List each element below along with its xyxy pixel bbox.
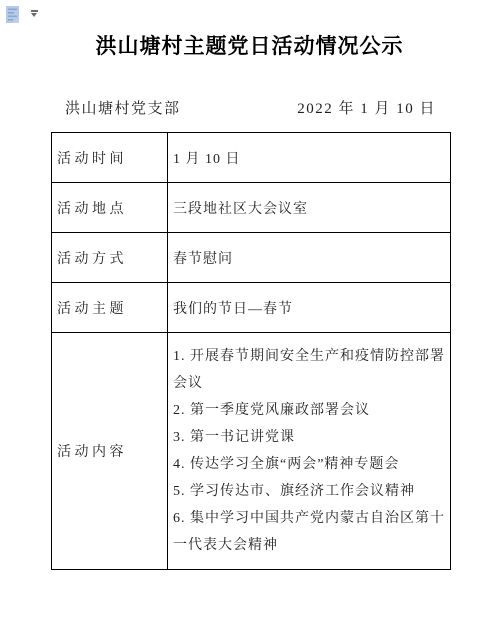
content-list-item: 2. 第一季度党风廉政部署会议 [173, 397, 445, 424]
row-content: 1 月 10 日 [168, 133, 451, 183]
document-page: 洪山塘村主题党日活动情况公示 洪山塘村党支部 2022 年 1 月 10 日 活… [0, 30, 499, 118]
table-row: 活动地点三段地社区大会议室 [52, 183, 451, 233]
row-content: 春节慰问 [168, 233, 451, 283]
row-label: 活动地点 [52, 183, 168, 233]
content-list-item: 4. 传达学习全旗“两会”精神专题会 [173, 451, 445, 478]
content-list-item: 5. 学习传达市、旗经济工作会议精神 [173, 478, 445, 505]
byline: 洪山塘村党支部 2022 年 1 月 10 日 [65, 97, 436, 118]
publish-date: 2022 年 1 月 10 日 [297, 97, 436, 118]
content-list-item: 1. 开展春节期间安全生产和疫情防控部署会议 [173, 343, 445, 397]
row-content: 三段地社区大会议室 [168, 183, 451, 233]
paste-options-button[interactable] [5, 5, 39, 26]
activity-table-body: 活动时间1 月 10 日活动地点三段地社区大会议室活动方式春节慰问活动主题我们的… [52, 133, 451, 570]
content-list-item: 6. 集中学习中国共产党内蒙古自治区第十一代表大会精神 [173, 505, 445, 559]
table-row: 活动主题我们的节日—春节 [52, 283, 451, 333]
row-label: 活动内容 [52, 333, 168, 570]
page-title: 洪山塘村主题党日活动情况公示 [10, 30, 489, 60]
activity-table: 活动时间1 月 10 日活动地点三段地社区大会议室活动方式春节慰问活动主题我们的… [51, 132, 451, 570]
table-row: 活动内容1. 开展春节期间安全生产和疫情防控部署会议2. 第一季度党风廉政部署会… [52, 333, 451, 570]
row-label: 活动方式 [52, 233, 168, 283]
org-name: 洪山塘村党支部 [65, 97, 181, 118]
row-label: 活动时间 [52, 133, 168, 183]
table-row: 活动时间1 月 10 日 [52, 133, 451, 183]
chevron-down-icon[interactable] [30, 10, 39, 18]
row-content: 我们的节日—春节 [168, 283, 451, 333]
row-content: 1. 开展春节期间安全生产和疫情防控部署会议2. 第一季度党风廉政部署会议3. … [168, 333, 451, 570]
paste-options-icon [5, 5, 22, 26]
row-label: 活动主题 [52, 283, 168, 333]
table-row: 活动方式春节慰问 [52, 233, 451, 283]
content-list-item: 3. 第一书记讲党课 [173, 424, 445, 451]
